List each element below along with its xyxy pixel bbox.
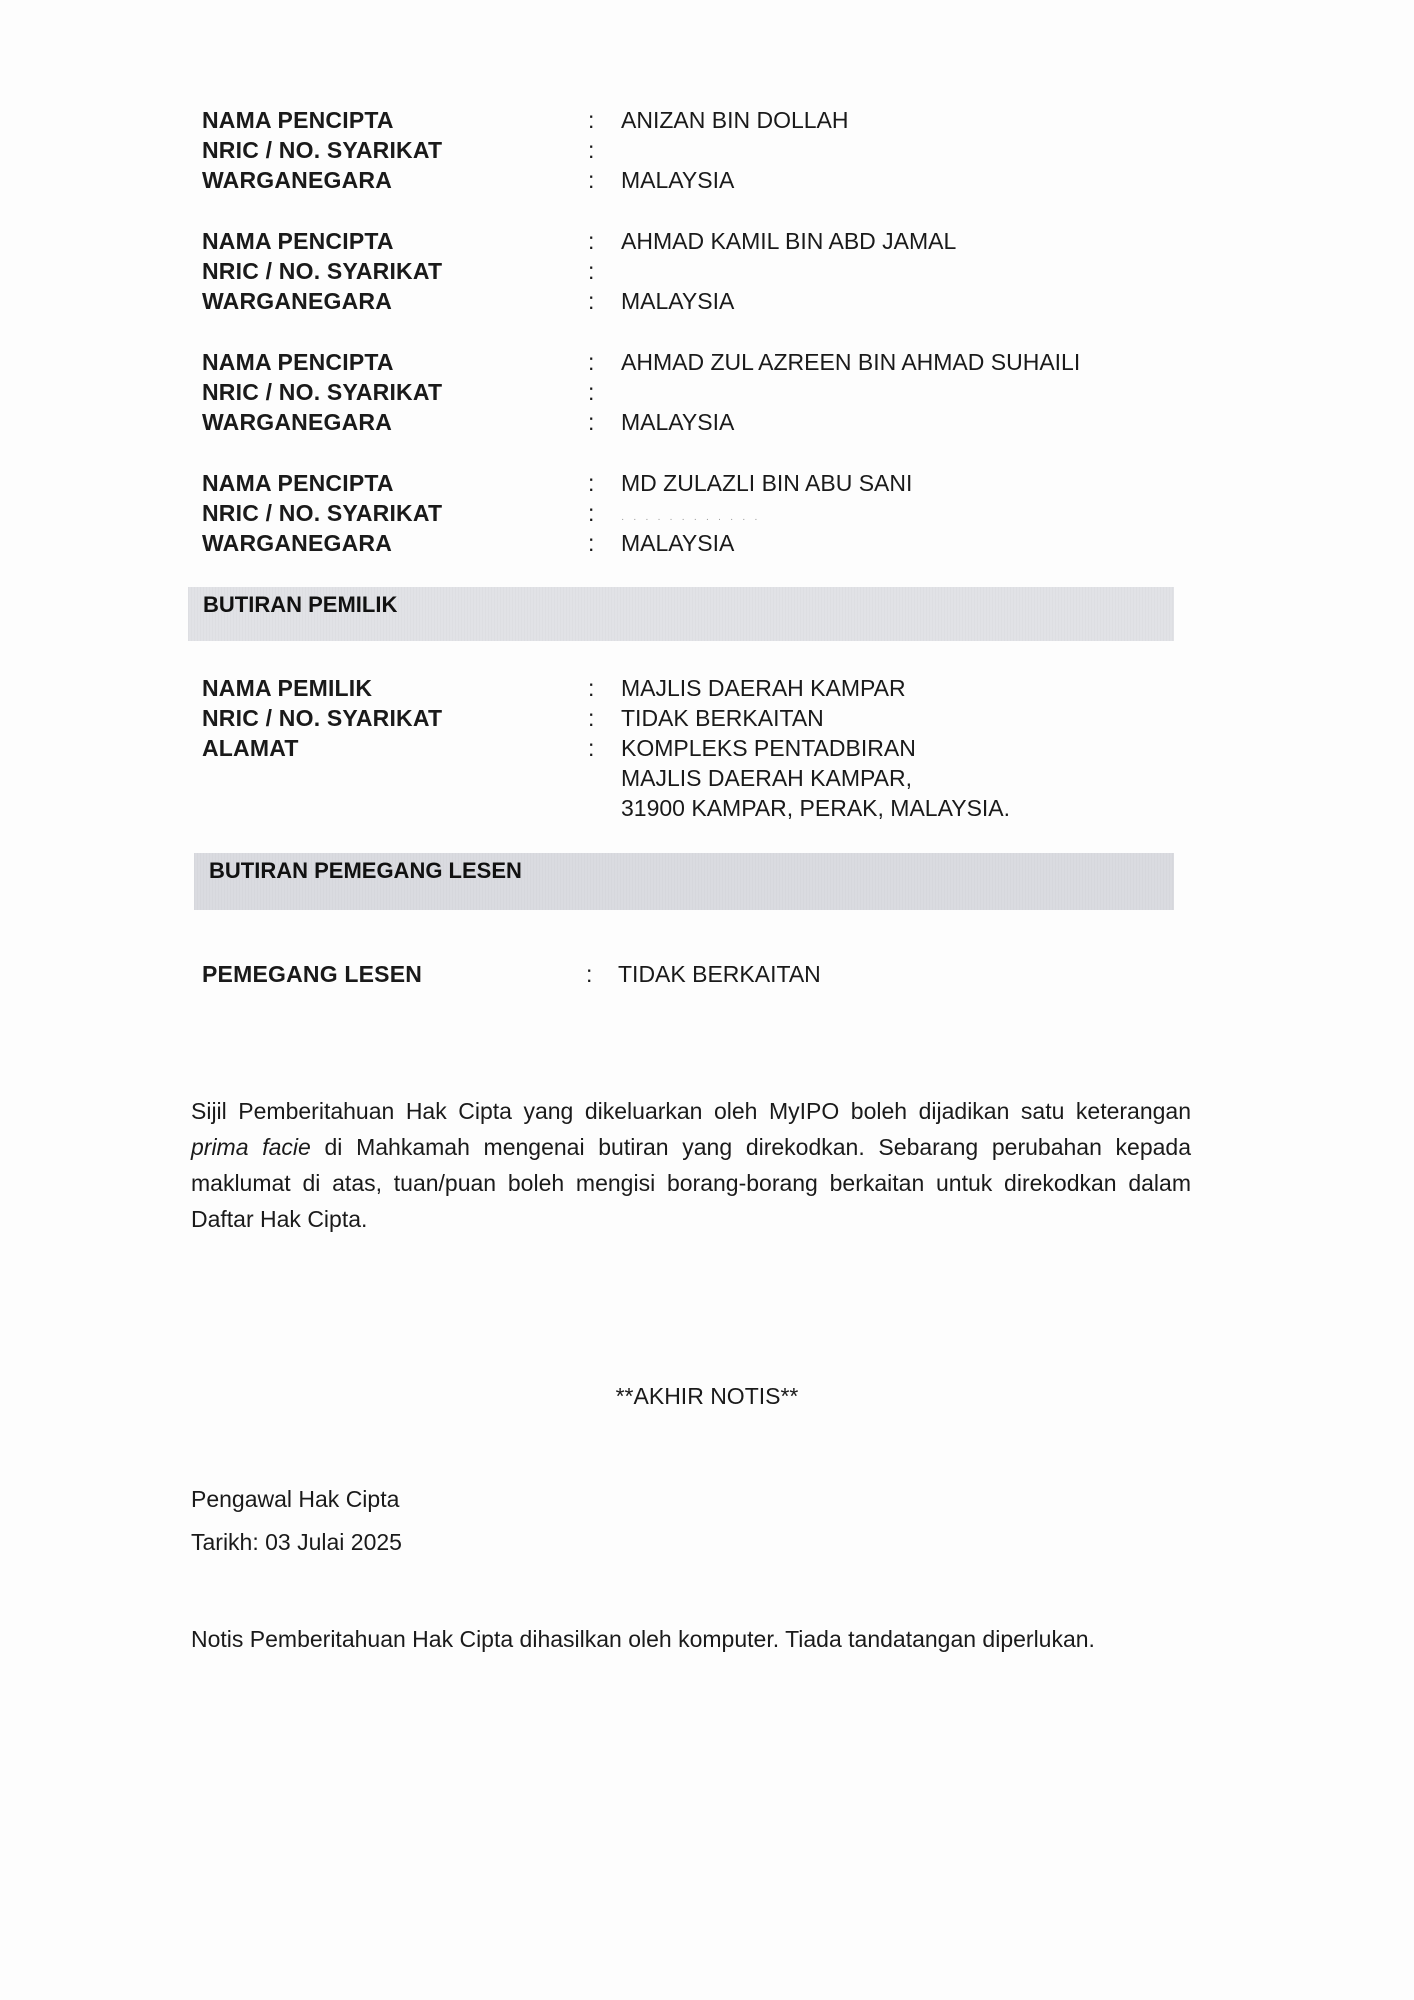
creator-name: ANIZAN BIN DOLLAH [621,105,849,135]
creator-name: AHMAD ZUL AZREEN BIN AHMAD SUHAILI [621,347,1080,377]
owner-name: MAJLIS DAERAH KAMPAR [621,673,906,703]
colon-separator: : [588,286,594,316]
field-label: NAMA PEMILIK [202,673,372,703]
footer-note: Notis Pemberitahuan Hak Cipta dihasilkan… [191,1626,1095,1653]
owner-nric-row: NRIC / NO. SYARIKAT : TIDAK BERKAITAN [202,703,1182,733]
colon-separator: : [588,528,594,558]
creator-block: NAMA PENCIPTA : AHMAD ZUL AZREEN BIN AHM… [202,347,1182,437]
field-label: NAMA PENCIPTA [202,468,394,498]
field-label: PEMEGANG LESEN [202,959,422,989]
creator-block: NAMA PENCIPTA : ANIZAN BIN DOLLAH NRIC /… [202,105,1182,195]
owner-address-row: 31900 KAMPAR, PERAK, MALAYSIA. [202,793,1182,823]
creator-name-row: NAMA PENCIPTA : AHMAD KAMIL BIN ABD JAMA… [202,226,1182,256]
owner-nric: TIDAK BERKAITAN [621,703,824,733]
document-page: NAMA PENCIPTA : ANIZAN BIN DOLLAH NRIC /… [0,0,1414,2000]
creator-name-row: NAMA PENCIPTA : ANIZAN BIN DOLLAH [202,105,1182,135]
colon-separator: : [588,703,594,733]
notice-text-italic: prima facie [191,1134,311,1160]
owner-address-line: 31900 KAMPAR, PERAK, MALAYSIA. [621,793,1010,823]
field-label: WARGANEGARA [202,286,392,316]
creator-nric-row: NRIC / NO. SYARIKAT : [202,135,1182,165]
section-title: BUTIRAN PEMILIK [203,592,397,618]
signoff-date: Tarikh: 03 Julai 2025 [191,1529,402,1556]
notice-text-part2: di Mahkamah mengenai butiran yang direko… [191,1134,1191,1232]
creator-nationality: MALAYSIA [621,407,734,437]
licensee-block: PEMEGANG LESEN : TIDAK BERKAITAN [202,959,1182,989]
field-label: WARGANEGARA [202,528,392,558]
colon-separator: : [588,226,594,256]
licensee-value: TIDAK BERKAITAN [618,959,821,989]
colon-separator: : [588,135,594,165]
signoff-title: Pengawal Hak Cipta [191,1486,399,1513]
creator-nric-row: NRIC / NO. SYARIKAT : [202,256,1182,286]
colon-separator: : [588,105,594,135]
colon-separator: : [588,407,594,437]
field-label: NAMA PENCIPTA [202,226,394,256]
field-label: WARGANEGARA [202,165,392,195]
notice-text-part1: Sijil Pemberitahuan Hak Cipta yang dikel… [191,1098,1191,1124]
end-of-notice: **AKHIR NOTIS** [0,1383,1414,1410]
creator-nationality-row: WARGANEGARA : MALAYSIA [202,528,1182,558]
colon-separator: : [588,468,594,498]
creator-nationality-row: WARGANEGARA : MALAYSIA [202,407,1182,437]
field-label: ALAMAT [202,733,299,763]
colon-separator: : [588,377,594,407]
field-label: WARGANEGARA [202,407,392,437]
creator-name: AHMAD KAMIL BIN ABD JAMAL [621,226,956,256]
creator-nric-row: NRIC / NO. SYARIKAT : [202,377,1182,407]
field-label: NRIC / NO. SYARIKAT [202,703,442,733]
owner-block: NAMA PEMILIK : MAJLIS DAERAH KAMPAR NRIC… [202,673,1182,823]
owner-address-row: MAJLIS DAERAH KAMPAR, [202,763,1182,793]
section-title: BUTIRAN PEMEGANG LESEN [209,858,522,884]
colon-separator: : [588,733,594,763]
creator-nationality-row: WARGANEGARA : MALAYSIA [202,165,1182,195]
colon-separator: : [588,673,594,703]
licensee-row: PEMEGANG LESEN : TIDAK BERKAITAN [202,959,1182,989]
owner-address-row: ALAMAT : KOMPLEKS PENTADBIRAN [202,733,1182,763]
creator-nric-row: NRIC / NO. SYARIKAT : · · · · · · · · · … [202,498,1182,528]
field-label: NRIC / NO. SYARIKAT [202,135,442,165]
creator-block: NAMA PENCIPTA : AHMAD KAMIL BIN ABD JAMA… [202,226,1182,316]
creator-name: MD ZULAZLI BIN ABU SANI [621,468,912,498]
section-header-owner: BUTIRAN PEMILIK [188,587,1174,641]
creator-nationality-row: WARGANEGARA : MALAYSIA [202,286,1182,316]
creator-nationality: MALAYSIA [621,165,734,195]
creator-name-row: NAMA PENCIPTA : MD ZULAZLI BIN ABU SANI [202,468,1182,498]
owner-address-line: MAJLIS DAERAH KAMPAR, [621,763,912,793]
colon-separator: : [588,347,594,377]
colon-separator: : [588,498,594,528]
notice-paragraph: Sijil Pemberitahuan Hak Cipta yang dikel… [191,1093,1191,1237]
field-label: NRIC / NO. SYARIKAT [202,256,442,286]
colon-separator: : [588,256,594,286]
owner-name-row: NAMA PEMILIK : MAJLIS DAERAH KAMPAR [202,673,1182,703]
colon-separator: : [588,165,594,195]
creator-block: NAMA PENCIPTA : MD ZULAZLI BIN ABU SANI … [202,468,1182,558]
colon-separator: : [586,959,592,989]
field-label: NRIC / NO. SYARIKAT [202,377,442,407]
section-header-licensee: BUTIRAN PEMEGANG LESEN [194,853,1174,910]
creator-nationality: MALAYSIA [621,286,734,316]
creator-name-row: NAMA PENCIPTA : AHMAD ZUL AZREEN BIN AHM… [202,347,1182,377]
owner-address-line: KOMPLEKS PENTADBIRAN [621,733,916,763]
creator-nationality: MALAYSIA [621,528,734,558]
field-label: NAMA PENCIPTA [202,105,394,135]
field-label: NAMA PENCIPTA [202,347,394,377]
field-label: NRIC / NO. SYARIKAT [202,498,442,528]
